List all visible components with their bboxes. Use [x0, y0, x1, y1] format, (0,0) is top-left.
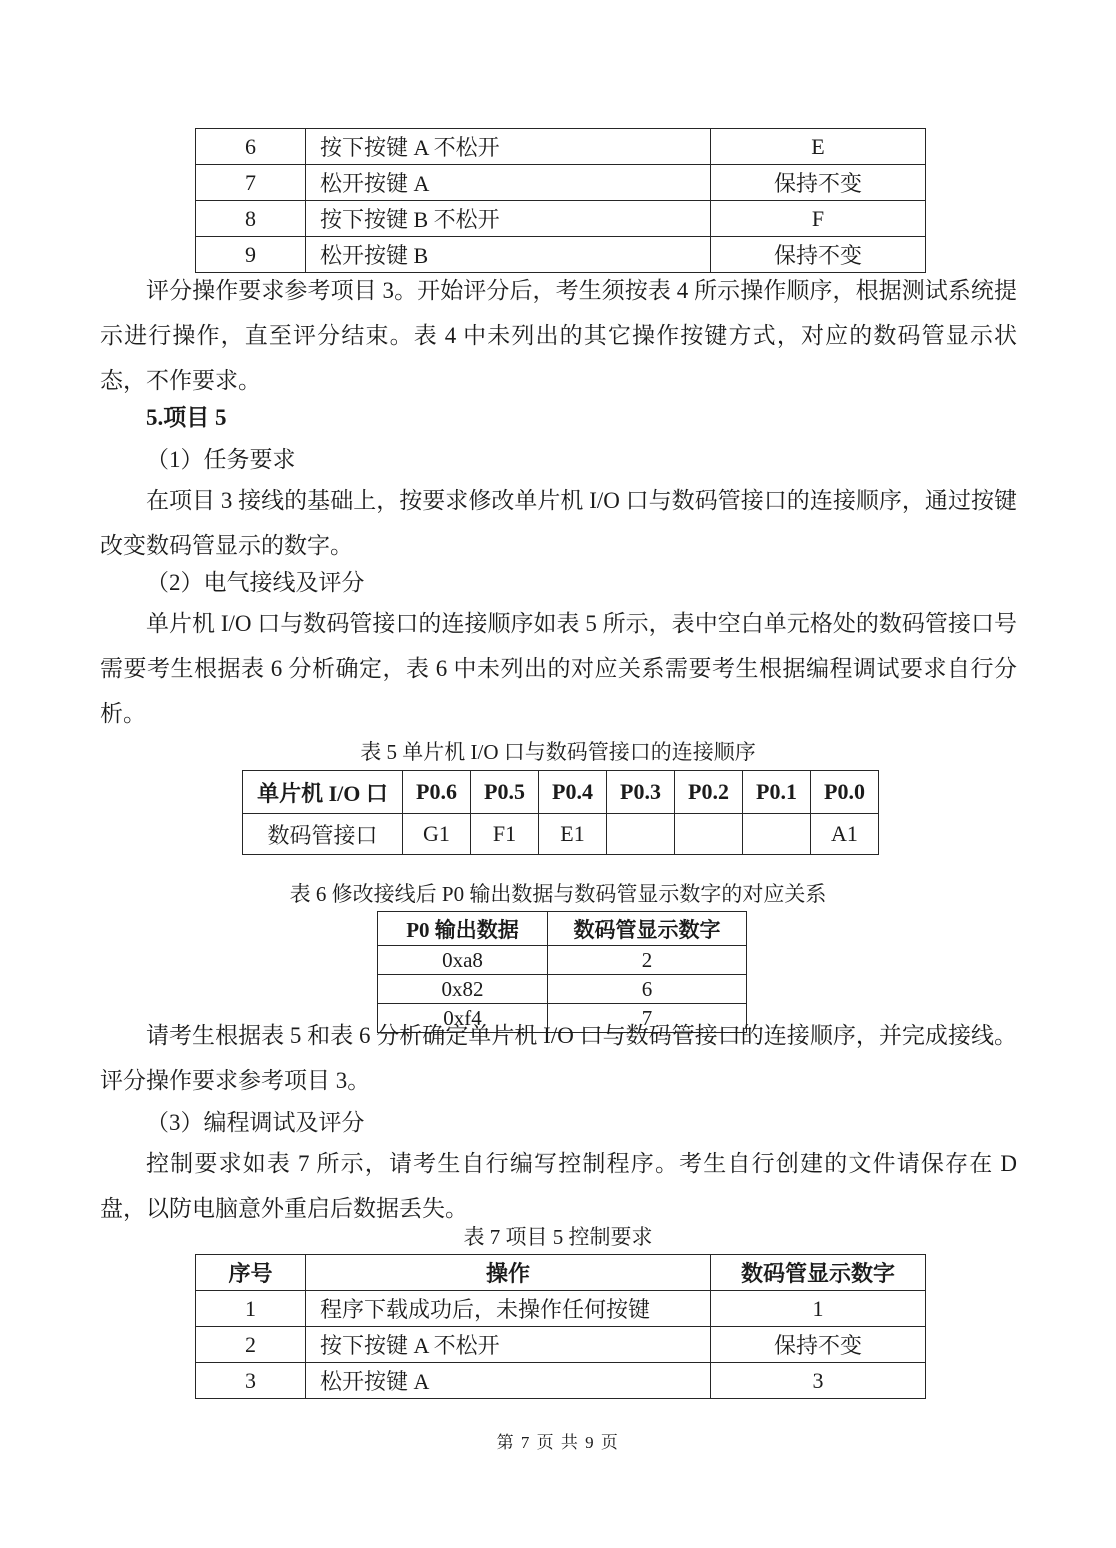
table4-cell-operation: 按下按键 A 不松开	[306, 129, 711, 165]
table7-cell-no: 2	[196, 1327, 306, 1363]
paragraph-programming-instruction: 控制要求如表 7 所示，请考生自行编写控制程序。考生自行创建的文件请保存在 D …	[100, 1141, 1017, 1231]
table5-cell: E1	[539, 814, 607, 855]
table-row: P0 输出数据 数码管显示数字	[378, 912, 747, 946]
table7-cell-operation: 松开按键 A	[306, 1363, 711, 1399]
subheading-programming-scoring: （3）编程调试及评分	[146, 1103, 365, 1143]
table-row: 7 松开按键 A 保持不变	[196, 165, 926, 201]
paragraph-wiring-instruction: 请考生根据表 5 和表 6 分析确定单片机 I/O 口与数码管接口的连接顺序，并…	[100, 1013, 1017, 1103]
table5-cell: G1	[403, 814, 471, 855]
table-row: 3 松开按键 A 3	[196, 1363, 926, 1399]
table-row: 2 按下按键 A 不松开 保持不变	[196, 1327, 926, 1363]
table4-cell-no: 8	[196, 201, 306, 237]
table5-header-cell: 单片机 I/O 口	[243, 771, 403, 814]
paragraph-task-description: 在项目 3 接线的基础上，按要求修改单片机 I/O 口与数码管接口的连接顺序，通…	[100, 478, 1017, 568]
table5-cell-blank	[675, 814, 743, 855]
table-row: 序号 操作 数码管显示数字	[196, 1255, 926, 1291]
table4-cell-no: 7	[196, 165, 306, 201]
table7-cell-operation: 程序下载成功后，未操作任何按键	[306, 1291, 711, 1327]
table6-cell: 0x82	[378, 975, 548, 1004]
table7-cell-no: 1	[196, 1291, 306, 1327]
subheading-task-requirements: （1）任务要求	[146, 440, 296, 480]
table4-cell-display: F	[711, 201, 926, 237]
table-row: 单片机 I/O 口 P0.6 P0.5 P0.4 P0.3 P0.2 P0.1 …	[243, 771, 879, 814]
table5-cell-blank	[743, 814, 811, 855]
paragraph-wiring-description: 单片机 I/O 口与数码管接口的连接顺序如表 5 所示，表中空白单元格处的数码管…	[100, 601, 1017, 736]
table4-cell-operation: 按下按键 B 不松开	[306, 201, 711, 237]
table6-cell: 6	[548, 975, 747, 1004]
table-row: 数码管接口 G1 F1 E1 A1	[243, 814, 879, 855]
table5-io-mapping: 单片机 I/O 口 P0.6 P0.5 P0.4 P0.3 P0.2 P0.1 …	[242, 770, 879, 855]
table5-cell-blank	[607, 814, 675, 855]
table5-caption: 表 5 单片机 I/O 口与数码管接口的连接顺序	[0, 737, 1116, 767]
table5-header-cell: P0.3	[607, 771, 675, 814]
table7-cell-operation: 按下按键 A 不松开	[306, 1327, 711, 1363]
table7-caption: 表 7 项目 5 控制要求	[0, 1222, 1116, 1252]
table6-header-cell: 数码管显示数字	[548, 912, 747, 946]
table7-header-cell: 序号	[196, 1255, 306, 1291]
table7-header-cell: 操作	[306, 1255, 711, 1291]
table-row: 1 程序下载成功后，未操作任何按键 1	[196, 1291, 926, 1327]
paragraph-scoring-note: 评分操作要求参考项目 3。开始评分后，考生须按表 4 所示操作顺序，根据测试系统…	[100, 268, 1017, 403]
table6-header-cell: P0 输出数据	[378, 912, 548, 946]
table7-cell-display: 保持不变	[711, 1327, 926, 1363]
table-row: 0x82 6	[378, 975, 747, 1004]
table5-header-cell: P0.4	[539, 771, 607, 814]
table5-cell: A1	[811, 814, 879, 855]
table-row: 6 按下按键 A 不松开 E	[196, 129, 926, 165]
table5-cell: F1	[471, 814, 539, 855]
document-page: 6 按下按键 A 不松开 E 7 松开按键 A 保持不变 8 按下按键 B 不松…	[0, 0, 1116, 1548]
table5-header-cell: P0.6	[403, 771, 471, 814]
table6-cell: 0xa8	[378, 946, 548, 975]
section-heading-project5: 5.项目 5	[146, 398, 227, 438]
table4-cell-no: 6	[196, 129, 306, 165]
table4-cell-display: E	[711, 129, 926, 165]
table5-header-cell: P0.5	[471, 771, 539, 814]
table7-cell-display: 3	[711, 1363, 926, 1399]
page-number-footer: 第 7 页 共 9 页	[0, 1428, 1116, 1453]
table5-cell: 数码管接口	[243, 814, 403, 855]
table-row: 0xa8 2	[378, 946, 747, 975]
table7-control-requirements: 序号 操作 数码管显示数字 1 程序下载成功后，未操作任何按键 1 2 按下按键…	[195, 1254, 926, 1399]
table6-caption: 表 6 修改接线后 P0 输出数据与数码管显示数字的对应关系	[0, 879, 1116, 909]
table4-cell-display: 保持不变	[711, 165, 926, 201]
table5-header-cell: P0.0	[811, 771, 879, 814]
table4-cell-operation: 松开按键 A	[306, 165, 711, 201]
table7-cell-display: 1	[711, 1291, 926, 1327]
table6-cell: 2	[548, 946, 747, 975]
subheading-wiring-scoring: （2）电气接线及评分	[146, 563, 365, 603]
table5-header-cell: P0.1	[743, 771, 811, 814]
table4-operations: 6 按下按键 A 不松开 E 7 松开按键 A 保持不变 8 按下按键 B 不松…	[195, 128, 926, 273]
table7-cell-no: 3	[196, 1363, 306, 1399]
table5-header-cell: P0.2	[675, 771, 743, 814]
table7-header-cell: 数码管显示数字	[711, 1255, 926, 1291]
table-row: 8 按下按键 B 不松开 F	[196, 201, 926, 237]
